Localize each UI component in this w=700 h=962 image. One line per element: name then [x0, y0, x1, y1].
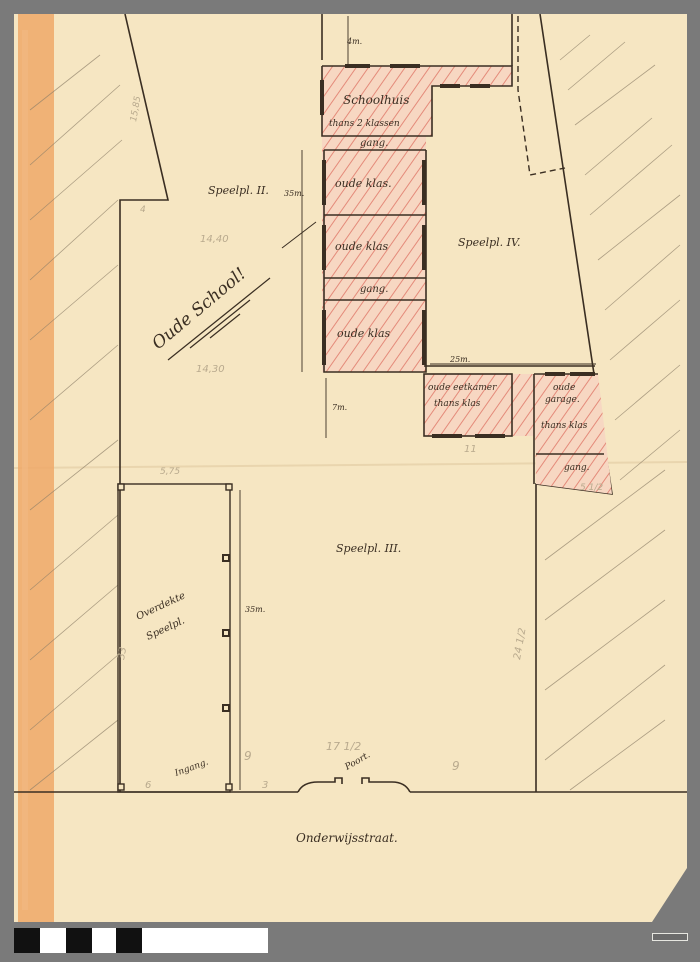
room-label-garage: garage.	[545, 395, 580, 405]
svg-text:3: 3	[262, 780, 268, 791]
dim-25m: 25m.	[449, 355, 470, 364]
room-label-oude-klas-3: oude klas	[337, 327, 390, 340]
svg-text:9: 9	[244, 749, 252, 763]
svg-text:33: 33	[116, 646, 129, 660]
scale-segment-black	[116, 928, 142, 953]
scale-segment-white	[92, 928, 116, 953]
svg-text:5 1/2: 5 1/2	[580, 483, 603, 493]
playground-label-2: Speelpl. II.	[208, 184, 269, 197]
room-label-oude-klas-1: oude klas.	[335, 177, 392, 190]
room-label-schoolhuis: Schoolhuis	[343, 93, 409, 107]
room-label-gang-top: gang.	[360, 138, 388, 149]
room-label-gang-mid: gang.	[360, 284, 388, 295]
svg-text:9: 9	[452, 759, 460, 773]
street-name: Onderwijsstraat.	[296, 831, 398, 845]
scale-segment-black	[66, 928, 92, 953]
room-label-garage-sub: thans klas	[541, 421, 588, 431]
room-label-gang-right: gang.	[564, 463, 590, 473]
scale-segment-white	[142, 928, 268, 953]
room-label-oude-klas-2: oude klas	[335, 240, 388, 253]
svg-text:14,40: 14,40	[200, 234, 229, 245]
svg-text:14,30: 14,30	[196, 364, 225, 375]
archive-label-tag	[652, 933, 688, 941]
scale-segment-white	[40, 928, 66, 953]
dim-35m-covered: 35m.	[245, 605, 265, 614]
room-label-oude-eetkamer: oude eetkamer	[428, 383, 497, 393]
svg-text:5,75: 5,75	[160, 467, 180, 477]
svg-text:4: 4	[140, 205, 146, 215]
scale-segment-black	[14, 928, 40, 953]
dim-7m: 7m.	[332, 403, 347, 412]
room-label-eetkamer-sub: thans klas	[434, 399, 481, 409]
playground-label-3: Speelpl. III.	[336, 542, 401, 555]
playground-label-4: Speelpl. IV.	[458, 236, 521, 249]
dim-35m-school: 35m.	[284, 189, 304, 198]
dim-4m: 4m.	[346, 37, 362, 46]
svg-text:6: 6	[145, 780, 151, 791]
svg-text:17 1/2: 17 1/2	[326, 740, 361, 753]
svg-text:11: 11	[464, 444, 477, 455]
scale-bar	[14, 928, 268, 953]
floor-plan-sheet: Schoolhuis thans 2 klassen gang. oude kl…	[0, 0, 700, 962]
room-label-oude: oude	[553, 383, 575, 393]
room-label-schoolhuis-sub: thans 2 klassen	[329, 119, 400, 129]
